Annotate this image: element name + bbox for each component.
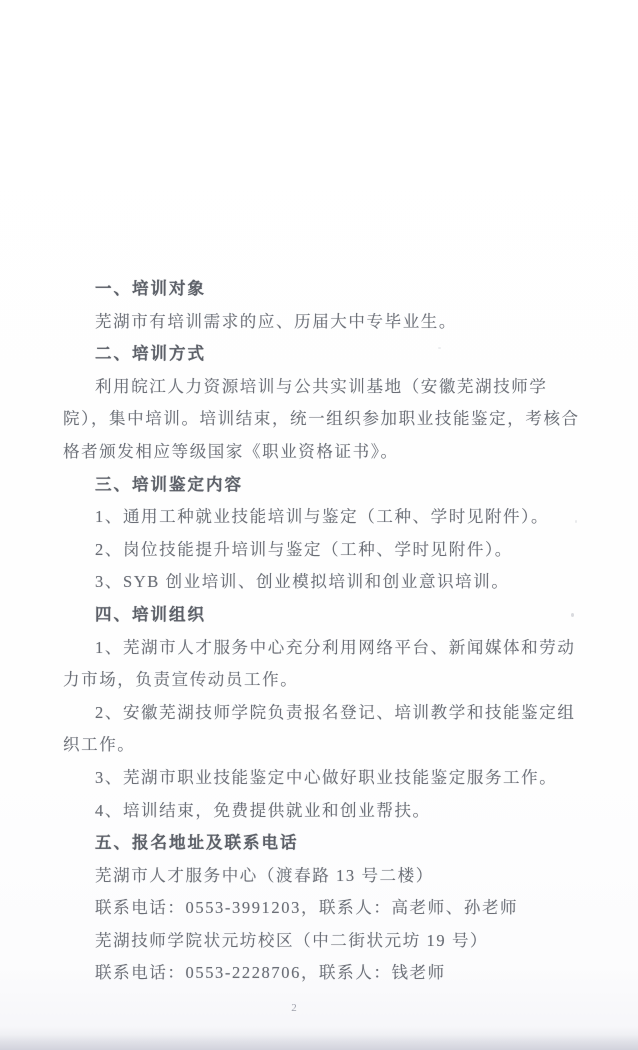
doc-line: 利用皖江人力资源培训与公共实训基地（安徽芜湖技师学 xyxy=(63,371,603,404)
section-heading-organization: 四、培训组织 xyxy=(63,599,603,632)
doc-line: 2、安徽芜湖技师学院负责报名登记、培训教学和技能鉴定组 xyxy=(63,697,603,730)
section-heading-training-method: 二、培训方式 xyxy=(63,338,603,371)
scan-artifact xyxy=(571,613,574,617)
section-heading-training-target: 一、培训对象 xyxy=(63,273,603,306)
page-number: 2 xyxy=(284,1002,304,1014)
doc-line-address: 芜湖市人才服务中心（渡春路 13 号二楼） xyxy=(63,860,603,893)
doc-line: 院），集中培训。培训结束，统一组织参加职业技能鉴定，考核合 xyxy=(63,403,603,436)
doc-line-phone: 联系电话：0553-3991203，联系人：高老师、孙老师 xyxy=(63,892,603,925)
doc-line-phone: 联系电话：0553-2228706，联系人：钱老师 xyxy=(63,957,603,990)
document-body: 一、培训对象 芜湖市有培训需求的应、历届大中专毕业生。 二、培训方式 利用皖江人… xyxy=(63,273,603,990)
doc-line: 1、通用工种就业技能培训与鉴定（工种、学时见附件）。 xyxy=(63,501,603,534)
doc-line: 3、芜湖市职业技能鉴定中心做好职业技能鉴定服务工作。 xyxy=(63,762,603,795)
doc-line: 2、岗位技能提升培训与鉴定（工种、学时见附件）。 xyxy=(63,534,603,567)
doc-line: 3、SYB 创业培训、创业模拟培训和创业意识培训。 xyxy=(63,566,603,599)
doc-line: 4、培训结束，免费提供就业和创业帮扶。 xyxy=(63,795,603,828)
section-heading-appraisal-content: 三、培训鉴定内容 xyxy=(63,469,603,502)
doc-line: 织工作。 xyxy=(63,729,603,762)
doc-line-address: 芜湖技师学院状元坊校区（中二街状元坊 19 号） xyxy=(63,925,603,958)
scan-edge-shadow xyxy=(0,1026,638,1050)
scan-artifact xyxy=(438,347,441,349)
section-heading-contact: 五、报名地址及联系电话 xyxy=(63,827,603,860)
scanned-document-page: 一、培训对象 芜湖市有培训需求的应、历届大中专毕业生。 二、培训方式 利用皖江人… xyxy=(0,0,638,1050)
doc-line: 芜湖市有培训需求的应、历届大中专毕业生。 xyxy=(63,306,603,339)
scan-artifact xyxy=(575,520,577,523)
doc-line: 格者颁发相应等级国家《职业资格证书》。 xyxy=(63,436,603,469)
doc-line: 力市场，负责宣传动员工作。 xyxy=(63,664,603,697)
doc-line: 1、芜湖市人才服务中心充分利用网络平台、新闻媒体和劳动 xyxy=(63,632,603,665)
